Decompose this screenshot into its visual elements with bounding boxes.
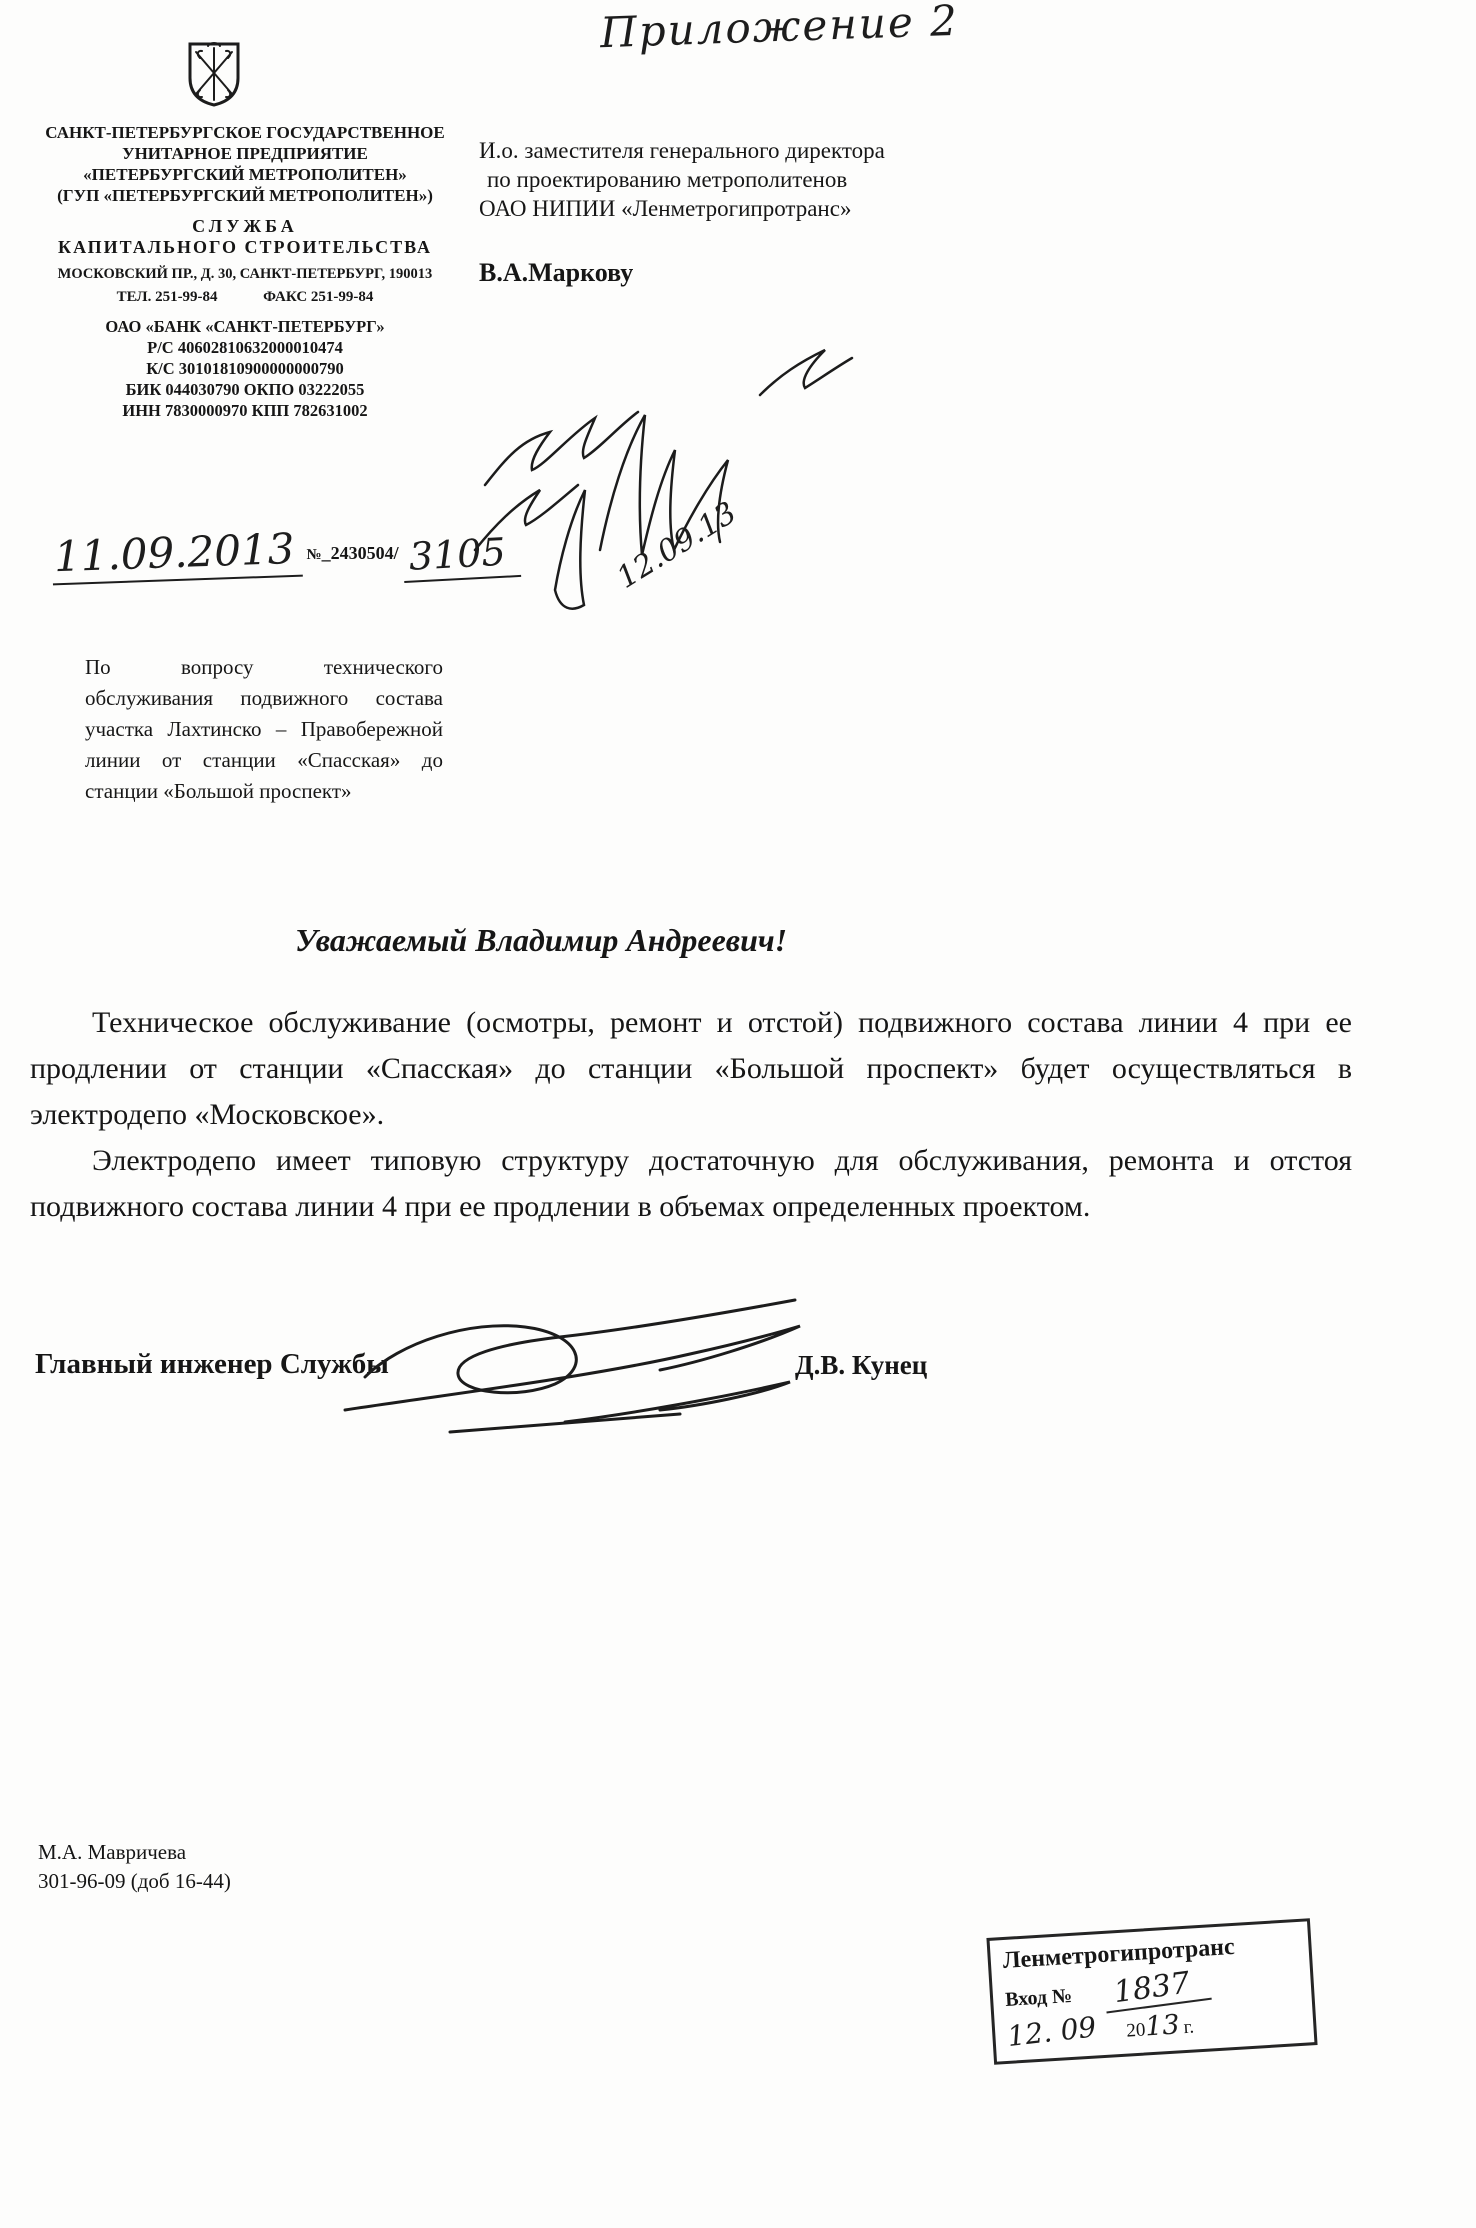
signature-scribble	[330, 1282, 810, 1447]
city-crest-icon	[186, 40, 242, 113]
bank-name: ОАО «БАНК «САНКТ-ПЕТЕРБУРГ»	[30, 316, 460, 337]
bank-corr-account: К/С 30101810900000000790	[30, 358, 460, 379]
org-name-line: УНИТАРНОЕ ПРЕДПРИЯТИЕ	[30, 143, 460, 164]
stamp-date-handwritten: 12. 09	[1006, 2010, 1098, 2053]
org-header-block: САНКТ-ПЕТЕРБУРГСКОЕ ГОСУДАРСТВЕННОЕ УНИТ…	[30, 122, 460, 421]
org-fax: ФАКС 251-99-84	[263, 289, 373, 305]
contact-name: М.А. Мавричева	[38, 1838, 231, 1867]
org-name-line: «ПЕТЕРБУРГСКИЙ МЕТРОПОЛИТЕН»	[30, 164, 460, 185]
salutation: Уважаемый Владимир Андреевич!	[295, 922, 787, 959]
org-phone-fax: ТЕЛ. 251-99-84 ФАКС 251-99-84	[30, 289, 460, 306]
org-name-line: (ГУП «ПЕТЕРБУРГСКИЙ МЕТРОПОЛИТЕН»)	[30, 185, 460, 206]
bank-account: Р/С 40602810632000010474	[30, 337, 460, 358]
recipient-title-line: И.о. заместителя генерального директора	[479, 136, 969, 165]
ref-number-printed: _2430504/	[322, 543, 399, 563]
org-name-line: САНКТ-ПЕТЕРБУРГСКОЕ ГОСУДАРСТВЕННОЕ	[30, 122, 460, 143]
signer-name: Д.В. Кунец	[795, 1350, 927, 1381]
handwritten-annotation: Приложение 2	[599, 0, 959, 57]
contact-phone: 301-96-09 (доб 16-44)	[38, 1867, 231, 1896]
footer-contact: М.А. Мавричева 301-96-09 (доб 16-44)	[38, 1838, 231, 1896]
stamp-year-printed: 20	[1126, 2019, 1146, 2041]
recipient-org-line: ОАО НИПИИ «Ленметрогипротранс»	[479, 194, 969, 223]
letter-body: Техническое обслуживание (осмотры, ремон…	[30, 1000, 1352, 1230]
handwritten-resolution: 12.09.13	[460, 320, 880, 620]
department-line: КАПИТАЛЬНОГО СТРОИТЕЛЬСТВА	[30, 237, 460, 258]
body-paragraph-1: Техническое обслуживание (осмотры, ремон…	[30, 1000, 1352, 1138]
recipient-block: И.о. заместителя генерального директора …	[479, 136, 969, 288]
org-phone: ТЕЛ. 251-99-84	[117, 289, 218, 305]
ref-number-label: №	[306, 547, 321, 563]
bank-details-block: ОАО «БАНК «САНКТ-ПЕТЕРБУРГ» Р/С 40602810…	[30, 316, 460, 421]
incoming-stamp: Ленметрогипротранс Вход № 1837 12. 09 20…	[986, 1918, 1317, 2065]
recipient-title-line: по проектированию метрополитенов	[479, 165, 969, 194]
scanned-letter-page: Приложение 2 САНКТ-ПЕТЕРБУРГСКОЕ ГОСУДАР…	[0, 0, 1476, 2228]
org-address: МОСКОВСКИЙ ПР., Д. 30, САНКТ-ПЕТЕРБУРГ, …	[30, 266, 460, 283]
bank-bik-okpo: БИК 044030790 ОКПО 03222055	[30, 379, 460, 400]
body-paragraph-2: Электродепо имеет типовую структуру дост…	[30, 1138, 1352, 1230]
subject-block: По вопросу технического обслуживания под…	[85, 652, 443, 807]
stamp-entry-label: Вход №	[1005, 1985, 1073, 2011]
ref-date-handwritten: 11.09.2013	[51, 524, 303, 586]
bank-inn-kpp: ИНН 7830000970 КПП 782631002	[30, 400, 460, 421]
recipient-name: В.А.Маркову	[479, 258, 969, 288]
department-line: СЛУЖБА	[30, 216, 460, 237]
stamp-year-suffix: г.	[1183, 2017, 1195, 2039]
stamp-year-handwritten: 13	[1144, 2009, 1180, 2042]
